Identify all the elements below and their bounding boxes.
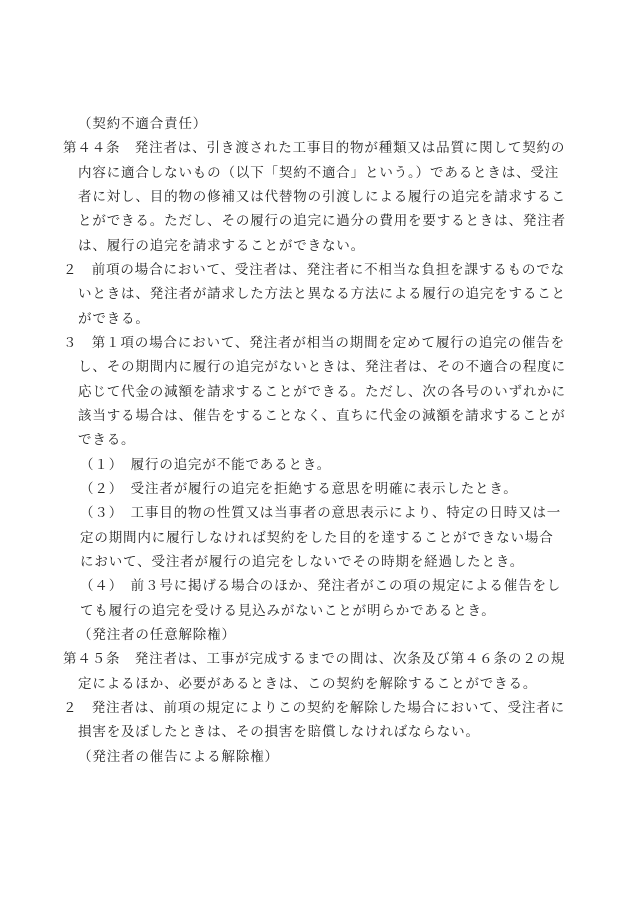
document-page: （契約不適合責任）第４４条 発注者は、引き渡された工事目的物が種類又は品質に関し…: [0, 0, 630, 903]
document-line: 定の期間内に履行しなければ契約をした目的を達することができない場合: [63, 526, 583, 550]
document-line: 損害を及ぼしたときは、その損害を賠償しなければならない。: [63, 720, 583, 744]
document-line: ２ 前項の場合において、受注者は、発注者に不相当な負担を課するものでな: [63, 258, 583, 282]
document-line: いときは、発注者が請求した方法と異なる方法による履行の追完をすること: [63, 282, 583, 306]
document-line: （２） 受注者が履行の追完を拒絶する意思を明確に表示したとき。: [63, 477, 583, 501]
document-line: 応じて代金の減額を請求することができる。ただし、次の各号のいずれかに: [63, 380, 583, 404]
document-line: 第４５条 発注者は、工事が完成するまでの間は、次条及び第４６条の２の規: [63, 647, 583, 671]
document-line: 該当する場合は、催告をすることなく、直ちに代金の減額を請求することが: [63, 404, 583, 428]
document-line: 者に対し、目的物の修補又は代替物の引渡しによる履行の追完を請求するこ: [63, 185, 583, 209]
document-line: し、その期間内に履行の追完がないときは、発注者は、その不適合の程度に: [63, 355, 583, 379]
document-line: ２ 発注者は、前項の規定によりこの契約を解除した場合において、受注者に: [63, 696, 583, 720]
contract-text-block: （契約不適合責任）第４４条 発注者は、引き渡された工事目的物が種類又は品質に関し…: [63, 112, 583, 769]
document-line: できる。: [63, 428, 583, 452]
document-line: ができる。: [63, 307, 583, 331]
document-line: （１） 履行の追完が不能であるとき。: [63, 453, 583, 477]
document-line: （発注者の任意解除権）: [63, 623, 583, 647]
document-line: ても履行の追完を受ける見込みがないことが明らかであるとき。: [63, 599, 583, 623]
document-line: 第４４条 発注者は、引き渡された工事目的物が種類又は品質に関して契約の: [63, 136, 583, 160]
document-line: （４） 前３号に掲げる場合のほか、発注者がこの項の規定による催告をし: [63, 574, 583, 598]
document-line: 定によるほか、必要があるときは、この契約を解除することができる。: [63, 672, 583, 696]
document-line: において、受注者が履行の追完をしないでその時期を経過したとき。: [63, 550, 583, 574]
document-line: は、履行の追完を請求することができない。: [63, 234, 583, 258]
document-line: とができる。ただし、その履行の追完に過分の費用を要するときは、発注者: [63, 209, 583, 233]
document-line: （３） 工事目的物の性質又は当事者の意思表示により、特定の日時又は一: [63, 501, 583, 525]
document-line: ３ 第１項の場合において、発注者が相当の期間を定めて履行の追完の催告を: [63, 331, 583, 355]
document-line: 内容に適合しないもの（以下「契約不適合」という。）であるときは、受注: [63, 161, 583, 185]
document-line: （契約不適合責任）: [63, 112, 583, 136]
document-line: （発注者の催告による解除権）: [63, 745, 583, 769]
